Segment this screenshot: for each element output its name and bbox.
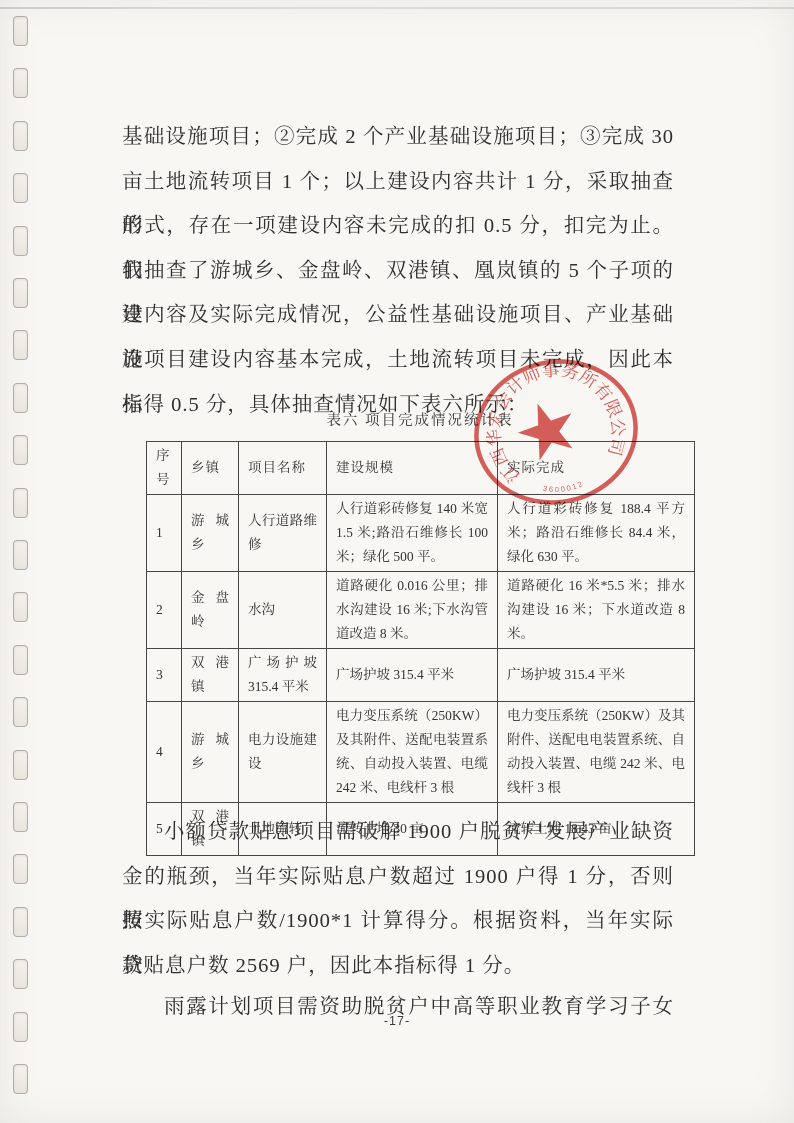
table-row: 2 金盘岭 水沟 道路硬化 0.016 公里；排水沟建设 16 米;下水沟管道改… <box>147 572 695 649</box>
table-cell: 电力变压系统（250KW）及其附件、送配电装置系统、自动投入装置、电缆 242 … <box>327 702 498 803</box>
table-cell: 广场护坡 315.4 平米 <box>327 649 498 702</box>
binding-hole <box>13 16 28 46</box>
table-cell: 金盘岭 <box>182 572 239 649</box>
table-row: 3 双港镇 广场护坡 315.4 平米 广场护坡 315.4 平米 广场护坡 3… <box>147 649 695 702</box>
table-cell: 人行道彩砖修复 188.4 平方米；路沿石维修长 84.4 米，绿化 630 平… <box>498 495 695 572</box>
table-cell: 道路硬化 16 米*5.5 米；排水沟建设 16 米；下水道改造 8 米。 <box>498 572 695 649</box>
binding-hole <box>13 68 28 98</box>
table-cell: 1 <box>147 495 182 572</box>
binding-hole <box>13 383 28 413</box>
table-cell: 广场护坡 315.4 平米 <box>239 649 327 702</box>
binding-hole <box>13 645 28 675</box>
text-line: 小额贷款贴息项目需破解 1900 户脱贫户发展产业缺资 <box>122 810 674 855</box>
table-cell: 游城乡 <box>182 495 239 572</box>
paragraph-1: 基础设施项目；②完成 2 个产业基础设施项目；③完成 30 亩土地流转项目 1 … <box>122 115 674 427</box>
text-line: 亩土地流转项目 1 个；以上建设内容共计 1 分，采取抽查的 <box>122 160 674 205</box>
header-cell: 项目名称 <box>239 442 327 495</box>
table-cell: 4 <box>147 702 182 803</box>
text-line: 们抽查了游城乡、金盘岭、双港镇、凰岚镇的 5 个子项的建 <box>122 249 674 294</box>
table-cell: 3 <box>147 649 182 702</box>
table-cell: 广场护坡 315.4 平米 <box>498 649 695 702</box>
text-line: 照实际贴息户数/1900*1 计算得分。根据资料，当年实际贷 <box>122 899 674 944</box>
table-cell: 2 <box>147 572 182 649</box>
table-cell: 道路硬化 0.016 公里；排水沟建设 16 米;下水沟管道改造 8 米。 <box>327 572 498 649</box>
table-cell: 水沟 <box>239 572 327 649</box>
header-cell: 乡镇 <box>182 442 239 495</box>
binding-hole <box>13 278 28 308</box>
binding-hole <box>13 435 28 465</box>
table-cell: 电力设施建设 <box>239 702 327 803</box>
binding-hole <box>13 802 28 832</box>
project-completion-table: 序号 乡镇 项目名称 建设规模 实际完成 1 游城乡 人行道路维修 人行道彩砖修… <box>146 441 695 856</box>
binding-hole <box>13 592 28 622</box>
table-cell: 游城乡 <box>182 702 239 803</box>
page-number: -17- <box>0 1014 794 1028</box>
binding-hole <box>13 226 28 256</box>
text-line: 设内容及实际完成情况，公益性基础设施项目、产业基础设 <box>122 293 674 338</box>
binding-hole <box>13 907 28 937</box>
text-line: 金的瓶颈，当年实际贴息户数超过 1900 户得 1 分，否则按 <box>122 855 674 900</box>
binding-hole <box>13 540 28 570</box>
binding-hole <box>13 121 28 151</box>
table-row: 1 游城乡 人行道路维修 人行道彩砖修复 140 米宽 1.5 米;路沿石维修长… <box>147 495 695 572</box>
text-line: 施项目建设内容基本完成，土地流转项目未完成，因此本指 <box>122 338 674 383</box>
table-cell: 电力变压系统（250KW）及其附件、送配电电装置系统、自动投入装置、电缆 242… <box>498 702 695 803</box>
binding-hole <box>13 854 28 884</box>
table-caption: 表六 项目完成情况统计表 <box>146 409 694 430</box>
text-line: 形式，存在一项建设内容未完成的扣 0.5 分，扣完为止。我 <box>122 204 674 249</box>
binding-hole <box>13 173 28 203</box>
table-cell: 人行道路维修 <box>239 495 327 572</box>
binding-hole <box>13 488 28 518</box>
table-cell: 双港镇 <box>182 649 239 702</box>
header-cell: 建设规模 <box>327 442 498 495</box>
binding-hole <box>13 697 28 727</box>
table-row: 4 游城乡 电力设施建设 电力变压系统（250KW）及其附件、送配电装置系统、自… <box>147 702 695 803</box>
header-cell: 序号 <box>147 442 182 495</box>
header-cell: 实际完成 <box>498 442 695 495</box>
paragraph-2: 小额贷款贴息项目需破解 1900 户脱贫户发展产业缺资 金的瓶颈，当年实际贴息户… <box>122 810 674 988</box>
text-line: 款贴息户数 2569 户，因此本指标得 1 分。 <box>122 944 674 989</box>
binding-hole <box>13 750 28 780</box>
table-header-row: 序号 乡镇 项目名称 建设规模 实际完成 <box>147 442 695 495</box>
binding-hole <box>13 959 28 989</box>
binding-hole <box>13 330 28 360</box>
scan-edge-line <box>0 7 794 9</box>
binding-hole <box>13 1064 28 1094</box>
text-line: 基础设施项目；②完成 2 个产业基础设施项目；③完成 30 <box>122 115 674 160</box>
table-cell: 人行道彩砖修复 140 米宽 1.5 米;路沿石维修长 100 米；绿化 500… <box>327 495 498 572</box>
